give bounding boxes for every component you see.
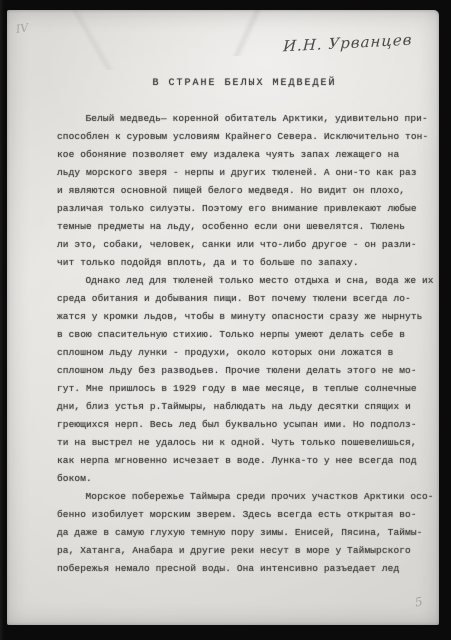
text-line: ра, Хатанга, Анабара и другие реки несут… xyxy=(57,542,435,560)
paragraph: Белый медведь— коренной обитатель Арктик… xyxy=(57,110,435,272)
paper-crease xyxy=(47,10,137,70)
text-line: способлен к суровым условиям Крайнего Се… xyxy=(57,128,435,146)
text-line: Однако лед для тюленей только место отды… xyxy=(57,272,435,290)
text-line: в свою спасительную стихию. Только нерпы… xyxy=(57,326,435,344)
text-line: как нерпа мгновенно исчезает в воде. Лун… xyxy=(57,452,435,470)
text-line: гут. Мне пришлось в 1929 году в мае меся… xyxy=(57,380,435,398)
text-line: дни, близ устья р.Таймыры, наблюдать на … xyxy=(57,398,435,416)
paragraph: Однако лед для тюленей только место отды… xyxy=(57,272,435,488)
text-line: чит только подойдя вплоть, да и то больш… xyxy=(57,254,435,272)
document-body: Белый медведь— коренной обитатель Арктик… xyxy=(57,110,435,578)
text-line: и являются основной пищей белого медведя… xyxy=(57,182,435,200)
document-page: IV И.Н. Урванцев В СТРАНЕ БЕЛЫХ МЕДВЕДЕЙ… xyxy=(7,10,439,625)
text-line: ти на выстрел не удалось ни к одной. Чут… xyxy=(57,434,435,452)
text-line: льду морского зверя - нерпы и других тюл… xyxy=(57,164,435,182)
text-line: ли это, собаки, человек, санки или что-л… xyxy=(57,236,435,254)
text-line: кое обоняние позволяет ему издалека чуят… xyxy=(57,146,435,164)
photo-background: IV И.Н. Урванцев В СТРАНЕ БЕЛЫХ МЕДВЕДЕЙ… xyxy=(0,0,451,640)
corner-annotation: IV xyxy=(15,21,29,36)
text-line: греющихся нерп. Весь лед был буквально у… xyxy=(57,416,435,434)
text-line: жатся у кромки льдов, чтобы в минуту опа… xyxy=(57,308,435,326)
document-title: В СТРАНЕ БЕЛЫХ МЕДВЕДЕЙ xyxy=(57,78,432,89)
handwritten-signature: И.Н. Урванцев xyxy=(283,31,413,56)
text-line: бенно изобилует морским зверем. Здесь вс… xyxy=(57,506,435,524)
page-number: 5 xyxy=(414,594,424,609)
text-line: темные предметы на льду, особенно если о… xyxy=(57,218,435,236)
text-line: сплошном льду лунки - продухи, около кот… xyxy=(57,344,435,362)
text-line: различая только силуэты. Поэтому его вни… xyxy=(57,200,435,218)
text-line: Морское побережье Таймыра среди прочих у… xyxy=(57,488,435,506)
text-line: Белый медведь— коренной обитатель Арктик… xyxy=(57,110,435,128)
text-line: сплошном льду без разводьев. Прочие тюле… xyxy=(57,362,435,380)
text-line: да даже в самую глухую темную пору зимы.… xyxy=(57,524,435,542)
text-line: побережья немало пресной воды. Она интен… xyxy=(57,560,435,578)
text-line: среда обитания и добывания пищи. Вот поч… xyxy=(57,290,435,308)
text-line: боком. xyxy=(57,470,435,488)
paragraph: Морское побережье Таймыра среди прочих у… xyxy=(57,488,435,578)
